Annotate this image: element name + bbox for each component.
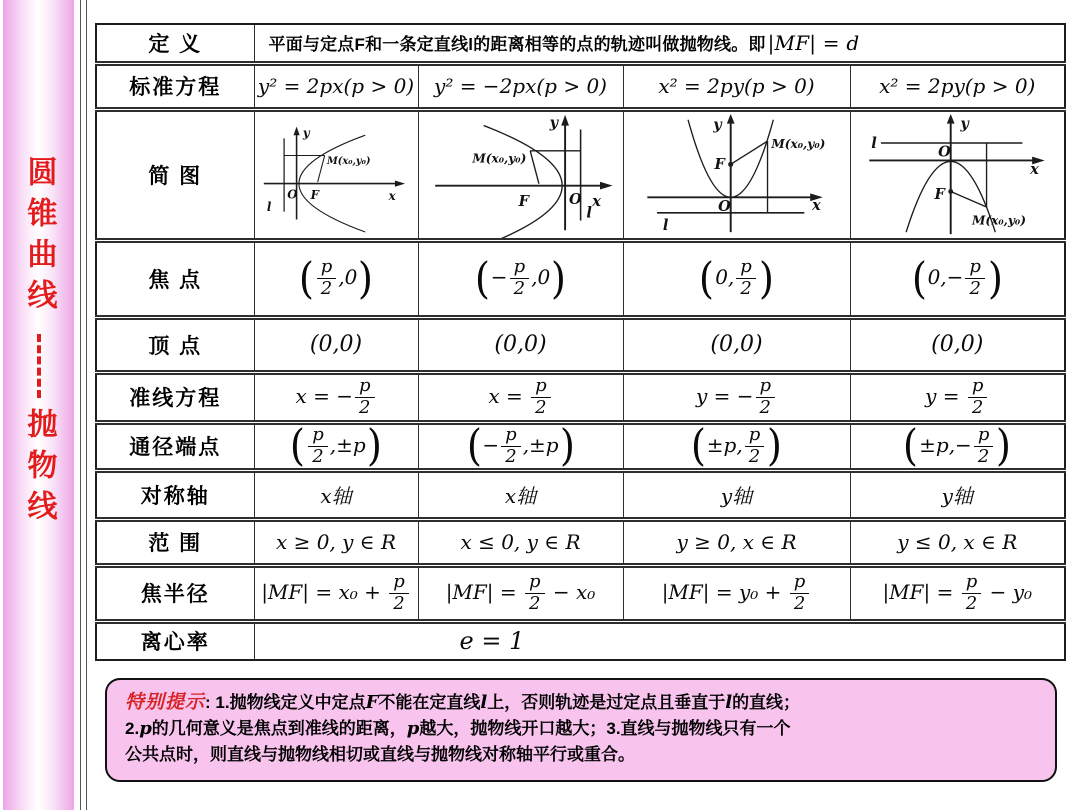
title-top: 圆锥曲线 — [24, 156, 54, 320]
row-directrix: 准线方程 x = −p2 x = p2 y = −p2 y = p2 — [96, 372, 1065, 422]
arrowhead-y — [726, 113, 734, 123]
row-label-directrix: 准线方程 — [96, 372, 254, 422]
y-axis-label: y — [302, 125, 311, 139]
focus-label: F — [310, 188, 320, 202]
axis-cell-4: y轴 — [850, 470, 1065, 519]
arrowhead-y — [293, 126, 299, 135]
vertex-cell-3: (0,0) — [623, 317, 850, 372]
focus-cell-4: (0,−p2) — [850, 240, 1065, 317]
arrowhead-y — [561, 114, 569, 125]
parabola-summary-table: 定 义 平面与定点F和一条定直线l的距离相等的点的轨迹叫做抛物线。即|MF| =… — [95, 23, 1066, 661]
axis-cell-2: x轴 — [418, 470, 623, 519]
row-vertex: 顶 点 (0,0) (0,0) (0,0) (0,0) — [96, 317, 1065, 372]
vertex-cell-4: (0,0) — [850, 317, 1065, 372]
point-m-label: M(x₀,y₀) — [971, 213, 1026, 227]
row-label-vertex: 顶 点 — [96, 317, 254, 372]
vertex-cell-1: (0,0) — [254, 317, 418, 372]
row-definition: 定 义 平面与定点F和一条定直线l的距离相等的点的轨迹叫做抛物线。即|MF| =… — [96, 24, 1065, 63]
row-label-range: 范 围 — [96, 519, 254, 565]
axis-cell-1: x轴 — [254, 470, 418, 519]
sketch-cell-3: y x O F l M(x₀,y₀) — [623, 109, 850, 240]
parabola-diagram-left-opening: y x O F l M(x₀,y₀) — [421, 112, 621, 238]
row-eccentricity: 离心率 e = 1 — [96, 621, 1065, 660]
focal-radius-cell-3: |MF| = y₀ + p2 — [623, 565, 850, 621]
point-m-label: M(x₀,y₀) — [770, 136, 825, 150]
latus-cell-4: (±p,−p2) — [850, 422, 1065, 470]
range-cell-1: x ≥ 0, y ∈ R — [254, 519, 418, 565]
standard-eq-cell-4: x² = 2py(p > 0) — [850, 63, 1065, 109]
standard-eq-cell-3: x² = 2py(p > 0) — [623, 63, 850, 109]
focus-label: F — [517, 193, 530, 210]
tip-line-1: 特别提示: 1.抛物线定义中定点F不能在定直线l上，否则轨迹是过定点且垂直于l的… — [125, 690, 1039, 716]
x-axis-label: x — [591, 193, 601, 210]
x-axis-label: x — [811, 196, 821, 213]
row-latus-endpoints: 通径端点 (p2,±p) (−p2,±p) (±p,p2) (±p,−p2) — [96, 422, 1065, 470]
directrix-cell-3: y = −p2 — [623, 372, 850, 422]
row-label-latus: 通径端点 — [96, 422, 254, 470]
focus-cell-2: (−p2,0) — [418, 240, 623, 317]
tip-line-3: 公共点时，则直线与抛物线相切或直线与抛物线对称轴平行或重合。 — [125, 742, 1039, 768]
range-cell-3: y ≥ 0, x ∈ R — [623, 519, 850, 565]
tip-label: 特别提示 — [125, 692, 205, 713]
row-label-standard: 标准方程 — [96, 63, 254, 109]
axis-cell-3: y轴 — [623, 470, 850, 519]
tip-text-1: 1.抛物线定义中定点F不能在定直线l上，否则轨迹是过定点且垂直于l的直线； — [215, 693, 800, 712]
row-symmetry-axis: 对称轴 x轴 x轴 y轴 y轴 — [96, 470, 1065, 519]
double-divider-line — [80, 0, 87, 810]
latus-cell-3: (±p,p2) — [623, 422, 850, 470]
special-tips-box: 特别提示: 1.抛物线定义中定点F不能在定直线l上，否则轨迹是过定点且垂直于l的… — [105, 678, 1057, 782]
row-sketch: 简 图 y x O F l M(x₀,y₀) — [96, 109, 1065, 240]
row-range: 范 围 x ≥ 0, y ∈ R x ≤ 0, y ∈ R y ≥ 0, x ∈… — [96, 519, 1065, 565]
standard-eq-cell-1: y² = 2px(p > 0) — [254, 63, 418, 109]
row-label-focal-radius: 焦半径 — [96, 565, 254, 621]
origin-label: O — [938, 143, 951, 160]
y-axis-label: y — [960, 115, 971, 132]
row-focal-radius: 焦半径 |MF| = x₀ + p2 |MF| = p2 − x₀ |MF| =… — [96, 565, 1065, 621]
parabola-diagram-down-opening: y x O F l M(x₀,y₀) — [857, 112, 1057, 238]
row-label-eccentricity: 离心率 — [96, 621, 254, 660]
directrix-label: l — [267, 199, 272, 213]
arrowhead-x — [599, 181, 612, 189]
row-label-axis: 对称轴 — [96, 470, 254, 519]
parabola-diagram-up-opening: y x O F l M(x₀,y₀) — [632, 112, 842, 238]
origin-label: O — [568, 191, 581, 208]
definition-cell: 平面与定点F和一条定直线l的距离相等的点的轨迹叫做抛物线。即|MF| = d — [254, 24, 1065, 63]
standard-eq-cell-2: y² = −2px(p > 0) — [418, 63, 623, 109]
focus-label: F — [934, 186, 947, 203]
y-axis-label: y — [712, 116, 723, 133]
vertex-cell-2: (0,0) — [418, 317, 623, 372]
directrix-cell-2: x = p2 — [418, 372, 623, 422]
point-m-label: M(x₀,y₀) — [471, 151, 526, 165]
range-cell-4: y ≤ 0, x ∈ R — [850, 519, 1065, 565]
focus-cell-3: (0,p2) — [623, 240, 850, 317]
directrix-label: l — [586, 204, 592, 221]
row-label-sketch: 简 图 — [96, 109, 254, 240]
x-axis-label: x — [1029, 161, 1039, 178]
origin-label: O — [287, 187, 298, 201]
row-label-definition: 定 义 — [96, 24, 254, 63]
tip-separator: : — [205, 693, 215, 712]
focus-cell-1: (p2,0) — [254, 240, 418, 317]
arrowhead-x — [395, 180, 405, 186]
directrix-label: l — [871, 134, 877, 151]
sketch-cell-1: y x O F l M(x₀,y₀) — [254, 109, 418, 240]
vertical-title: 圆锥曲线 抛物线 — [24, 156, 54, 531]
sketch-cell-2: y x O F l M(x₀,y₀) — [418, 109, 623, 240]
directrix-label: l — [662, 217, 668, 234]
range-cell-2: x ≤ 0, y ∈ R — [418, 519, 623, 565]
focus-label: F — [713, 156, 726, 173]
origin-label: O — [718, 197, 731, 214]
focal-radius-cell-1: |MF| = x₀ + p2 — [254, 565, 418, 621]
focal-radius-cell-4: |MF| = p2 − y₀ — [850, 565, 1065, 621]
latus-cell-1: (p2,±p) — [254, 422, 418, 470]
latus-cell-2: (−p2,±p) — [418, 422, 623, 470]
x-axis-label: x — [388, 188, 397, 202]
directrix-cell-4: y = p2 — [850, 372, 1065, 422]
title-bottom: 抛物线 — [24, 408, 54, 531]
y-axis-label: y — [548, 114, 559, 131]
eccentricity-cell: e = 1 — [254, 621, 1065, 660]
row-standard-equation: 标准方程 y² = 2px(p > 0) y² = −2px(p > 0) x²… — [96, 63, 1065, 109]
tip-line-2: 2.p的几何意义是焦点到准线的距离，p越大，抛物线开口越大；3.直线与抛物线只有… — [125, 716, 1039, 742]
focal-radius-cell-2: |MF| = p2 − x₀ — [418, 565, 623, 621]
page: 圆锥曲线 抛物线 定 义 平面与定点F和一条定直线l的距离相等的点的轨迹叫做抛物… — [0, 0, 1080, 810]
sketch-cell-4: y x O F l M(x₀,y₀) — [850, 109, 1065, 240]
arrowhead-y — [947, 113, 955, 123]
row-focus: 焦 点 (p2,0) (−p2,0) (0,p2) (0,−p2) — [96, 240, 1065, 317]
point-m-label: M(x₀,y₀) — [326, 156, 371, 167]
row-label-focus: 焦 点 — [96, 240, 254, 317]
parabola-diagram-right-opening: y x O F l M(x₀,y₀) — [256, 112, 416, 238]
directrix-cell-1: x = −p2 — [254, 372, 418, 422]
sidebar-title-bar: 圆锥曲线 抛物线 — [3, 0, 74, 810]
dash-connector — [37, 334, 41, 398]
